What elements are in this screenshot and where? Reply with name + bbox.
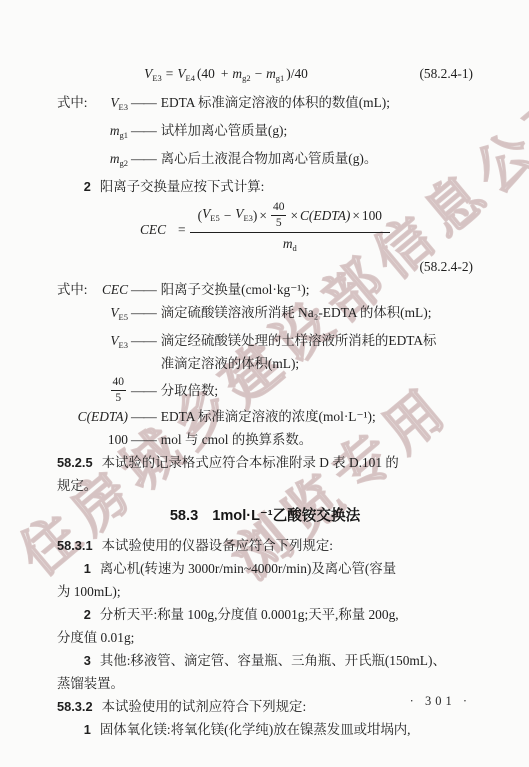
variable: mg1 <box>266 66 284 81</box>
term-description: 滴定硫酸镁溶液所消耗 Na₂-EDTA 的体积(mL); <box>161 301 473 324</box>
subscript: d <box>293 243 297 253</box>
definition-dash: —— <box>131 147 156 170</box>
constant-100: 100 <box>362 206 382 226</box>
minus-sign: − <box>255 66 263 81</box>
term-description: 滴定经硫酸镁处理的土样溶液所消耗的EDTA标准滴定溶液的体积(mL); <box>161 329 473 375</box>
clause-number: 58.3.1 <box>57 538 93 553</box>
term-symbol: 100 <box>98 428 128 451</box>
item-text: 分析天平:称量 100g,分度值 0.0001g;天平,称量 200g,分度值 … <box>57 607 399 645</box>
subscript: E3 <box>119 340 128 350</box>
times-sign: × <box>259 206 267 226</box>
variable: VE3 <box>144 66 162 81</box>
definition-row: VE5 —— 滴定硫酸镁溶液所消耗 Na₂-EDTA 的体积(mL); <box>57 301 473 329</box>
section-heading-58-3: 58.31mol·L⁻¹乙酸铵交换法 <box>57 504 473 528</box>
clause-number: 58.3.2 <box>57 699 93 714</box>
variable: VE3 <box>235 204 253 228</box>
clause-item: 1固体氧化镁:将氧化镁(化学纯)放在镍蒸发皿或坩埚内, <box>57 718 473 741</box>
term-description: EDTA 标准滴定溶液的浓度(mol·L⁻¹); <box>161 405 473 428</box>
clause-item: 3其他:移液管、滴定管、容量瓶、三角瓶、开氏瓶(150mL)、蒸馏装置。 <box>57 649 473 695</box>
definition-row: 100 —— mol 与 cmol 的换算系数。 <box>57 428 473 451</box>
term-description: 离心后土液混合物加离心管质量(g)。 <box>161 147 473 170</box>
term-symbol: VE3 <box>98 91 128 119</box>
definition-list-1: 式中: VE3 —— EDTA 标准滴定溶液的体积的数值(mL); mg1 ——… <box>57 91 473 175</box>
item-number: 2 <box>84 179 91 194</box>
subscript: E5 <box>210 213 219 223</box>
subscript: E3 <box>152 73 161 83</box>
subscript: g2 <box>242 73 251 83</box>
term-symbol: 405 <box>98 376 128 405</box>
subscript: g1 <box>276 73 285 83</box>
document-page: 住房城乡建设部信息公开 浏览专用 VE3=VE4(40+mg2−mg1)/40 … <box>0 0 529 767</box>
term-symbol: VE5 <box>98 301 128 329</box>
close-paren: ) <box>253 206 257 226</box>
where-label: 式中: <box>57 91 98 114</box>
close-paren: )/40 <box>286 66 308 81</box>
subscript: E5 <box>119 312 128 322</box>
formula-number: (58.2.4-1) <box>397 62 473 85</box>
times-sign: × <box>352 206 360 226</box>
term-description: 试样加离心管质量(g); <box>161 119 473 142</box>
equals-sign: = <box>178 218 186 241</box>
times-sign: × <box>290 206 298 226</box>
open-paren: (40 <box>197 66 215 81</box>
definition-dash: —— <box>131 301 156 324</box>
ratio-40-5: 405 <box>111 376 127 405</box>
fraction-denominator: md <box>190 233 390 257</box>
definition-row: mg2 —— 离心后土液混合物加离心管质量(g)。 <box>57 147 473 175</box>
term-description: EDTA 标准滴定溶液的体积的数值(mL); <box>161 91 473 114</box>
term-description: mol 与 cmol 的换算系数。 <box>161 428 473 451</box>
formula-expression: VE3=VE4(40+mg2−mg1)/40 <box>57 62 397 90</box>
definition-row: C(EDTA) —— EDTA 标准滴定溶液的浓度(mol·L⁻¹); <box>57 405 473 428</box>
clause-text: 本试验使用的仪器设备应符合下列规定: <box>102 538 333 553</box>
section-title: 1mol·L⁻¹乙酸铵交换法 <box>212 508 360 524</box>
term-description: 阳离子交换量(cmol·kg⁻¹); <box>161 278 473 301</box>
definition-list-2: 式中: CEC —— 阳离子交换量(cmol·kg⁻¹); VE5 —— 滴定硫… <box>57 278 473 451</box>
where-label: 式中: <box>57 278 98 301</box>
variable: VE5 <box>202 204 220 228</box>
item-text: 固体氧化镁:将氧化镁(化学纯)放在镍蒸发皿或坩埚内, <box>100 722 411 737</box>
clause-item: 2阳离子交换量应按下式计算: <box>57 175 473 198</box>
ratio-40-5: 405 <box>271 201 287 230</box>
definition-dash: —— <box>131 405 156 428</box>
item-text: 其他:移液管、滴定管、容量瓶、三角瓶、开氏瓶(150mL)、蒸馏装置。 <box>57 653 446 691</box>
subscript: g2 <box>120 158 129 168</box>
term-symbol: mg2 <box>98 147 128 175</box>
page-number: · 301 · <box>410 694 471 709</box>
clause-number: 58.2.5 <box>57 455 93 470</box>
definition-row: 405 —— 分取倍数; <box>57 375 473 405</box>
definition-row: 式中: CEC —— 阳离子交换量(cmol·kg⁻¹); <box>57 278 473 301</box>
minus-sign: − <box>224 206 232 226</box>
definition-row: VE3 —— 滴定经硫酸镁处理的土样溶液所消耗的EDTA标准滴定溶液的体积(mL… <box>57 329 473 375</box>
formula-58-2-4-1: VE3=VE4(40+mg2−mg1)/40 (58.2.4-1) <box>57 62 473 90</box>
fraction: (VE5−VE3)×405×C(EDTA)×100 md <box>190 201 390 257</box>
item-text: 阳离子交换量应按下式计算: <box>100 179 264 194</box>
formula-number: (58.2.4-2) <box>57 257 473 277</box>
definition-dash: —— <box>131 428 156 451</box>
equals-sign: = <box>166 66 174 81</box>
fraction-numerator: (VE5−VE3)×405×C(EDTA)×100 <box>190 201 390 233</box>
item-text: 离心机(转速为 3000r/min~4000r/min)及离心管(容量为 100… <box>57 561 396 599</box>
definition-dash: —— <box>131 119 156 142</box>
definition-dash: —— <box>131 329 156 352</box>
variable: mg2 <box>232 66 250 81</box>
term-symbol: mg1 <box>98 119 128 147</box>
definition-dash: —— <box>131 379 156 402</box>
term-symbol: CEC <box>98 278 128 301</box>
definition-dash: —— <box>131 278 156 301</box>
subscript: E3 <box>119 102 128 112</box>
term-description: 分取倍数; <box>161 379 473 402</box>
clause-item: 2分析天平:称量 100g,分度值 0.0001g;天平,称量 200g,分度值… <box>57 603 473 649</box>
definition-row: mg1 —— 试样加离心管质量(g); <box>57 119 473 147</box>
plus-sign: + <box>221 66 229 81</box>
item-number: 2 <box>84 607 91 622</box>
variable: C(EDTA) <box>300 206 350 226</box>
clause-item: 1离心机(转速为 3000r/min~4000r/min)及离心管(容量为 10… <box>57 557 473 603</box>
definition-dash: —— <box>131 91 156 114</box>
clause-text: 本试验的记录格式应符合本标准附录 D 表 D.101 的规定。 <box>57 455 399 493</box>
page-content: VE3=VE4(40+mg2−mg1)/40 (58.2.4-1) 式中: VE… <box>57 60 473 741</box>
item-number: 1 <box>84 561 91 576</box>
section-number: 58.3 <box>170 508 198 524</box>
term-symbol: VE3 <box>98 329 128 357</box>
variable: VE4 <box>177 66 195 81</box>
subscript: E4 <box>186 73 195 83</box>
item-number: 1 <box>84 722 91 737</box>
formula-58-2-4-2: CEC = (VE5−VE3)×405×C(EDTA)×100 md <box>57 201 473 257</box>
subscript: g1 <box>120 130 129 140</box>
clause-58-2-5: 58.2.5本试验的记录格式应符合本标准附录 D 表 D.101 的规定。 <box>57 451 473 497</box>
clause-text: 本试验使用的试剂应符合下列规定: <box>102 699 307 714</box>
definition-row: 式中: VE3 —— EDTA 标准滴定溶液的体积的数值(mL); <box>57 91 473 119</box>
term-symbol: C(EDTA) <box>98 405 128 428</box>
variable: CEC <box>140 218 166 241</box>
item-number: 3 <box>84 653 91 668</box>
clause-58-3-1: 58.3.1本试验使用的仪器设备应符合下列规定: <box>57 534 473 557</box>
subscript: E3 <box>243 213 252 223</box>
